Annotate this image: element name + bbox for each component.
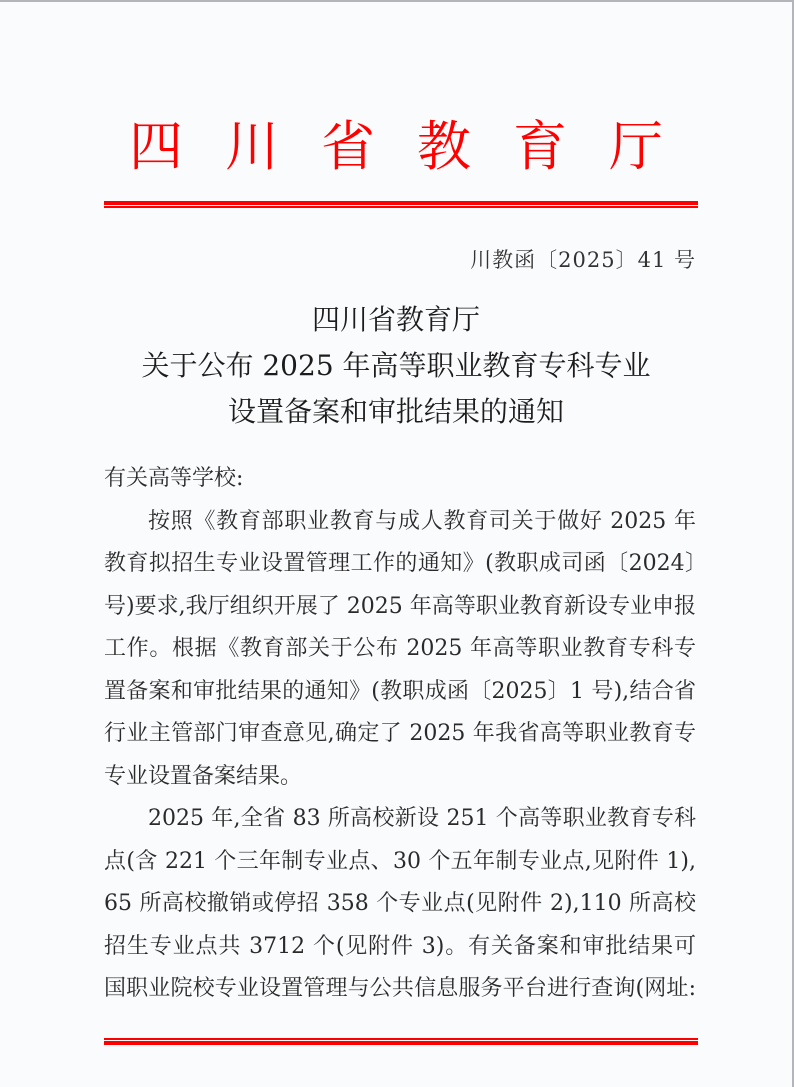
notice-title: 四川省教育厅 关于公布 2025 年高等职业教育专科专业 设置备案和审批结果的通… (0, 297, 792, 435)
body-line: 国职业院校专业设置管理与公共信息服务平台进行查询(网址: (104, 968, 696, 1011)
body-line: 行业主管部门审查意见,确定了 2025 年我省高等职业教育专科 (104, 713, 696, 756)
letterhead-agency-name: 四川省教育厅 (0, 114, 792, 180)
body-line: 2025 年,全省 83 所高校新设 251 个高等职业教育专科专业 (104, 798, 696, 841)
body-line: 置备案和审批结果的通知》(教职成函〔2025〕1 号),结合省级 (104, 671, 696, 714)
notice-title-line-3: 设置备案和审批结果的通知 (0, 389, 792, 435)
body-line: 点(含 221 个三年制专业点、30 个五年制专业点,见附件 1), (104, 841, 696, 884)
notice-body: 有关高等学校: 按照《教育部职业教育与成人教育司关于做好 2025 年职业教育拟… (104, 458, 696, 1011)
body-paragraphs: 按照《教育部职业教育与成人教育司关于做好 2025 年职业教育拟招生专业设置管理… (104, 501, 696, 1011)
salutation: 有关高等学校: (104, 458, 696, 501)
body-line: 号)要求,我厅组织开展了 2025 年高等职业教育新设专业申报 (104, 586, 696, 629)
body-line: 专业设置备案结果。 (104, 756, 696, 799)
body-line: 教育拟招生专业设置管理工作的通知》(教职成司函〔2024〕28 (104, 543, 696, 586)
document-page: 四川省教育厅 川教函〔2025〕41 号 四川省教育厅 关于公布 2025 年高… (0, 0, 794, 1087)
letterhead-divider-rule (104, 201, 698, 208)
footer-divider-rule (104, 1038, 698, 1045)
document-number: 川教函〔2025〕41 号 (470, 246, 696, 274)
notice-title-line-2: 关于公布 2025 年高等职业教育专科专业 (0, 343, 792, 389)
body-line: 按照《教育部职业教育与成人教育司关于做好 2025 年职业 (104, 501, 696, 544)
notice-title-line-1: 四川省教育厅 (0, 297, 792, 343)
body-line: 招生专业点共 3712 个(见附件 3)。有关备案和审批结果可在全 (104, 926, 696, 969)
body-line: 65 所高校撤销或停招 358 个专业点(见附件 2),110 所高校拟 (104, 883, 696, 926)
body-line: 工作。根据《教育部关于公布 2025 年高等职业教育专科专业设 (104, 628, 696, 671)
